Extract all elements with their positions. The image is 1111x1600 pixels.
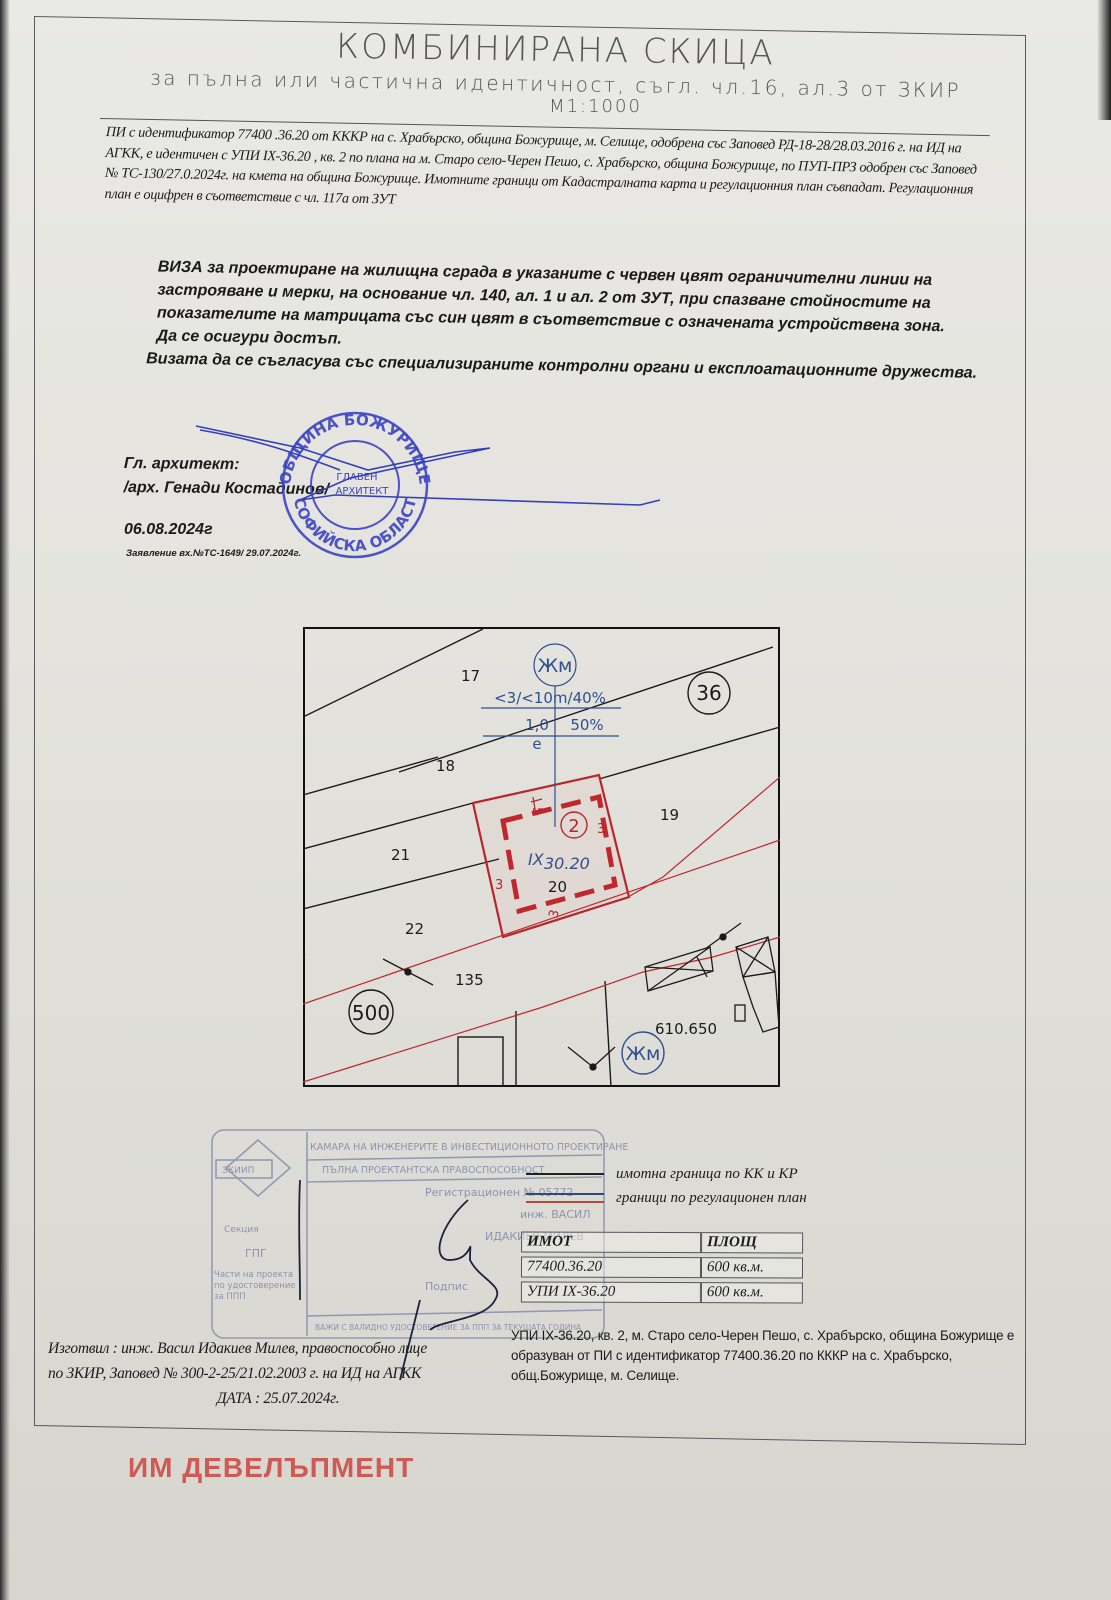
upi-formation-note: УПИ IX-36.20, кв. 2, м. Старо село-Черен…: [511, 1326, 1021, 1386]
table-header-row: ИМОТ ПЛОЩ: [521, 1232, 803, 1254]
engineer-stamp-logo: ЗКИИП: [222, 1166, 254, 1176]
header-property: ИМОТ: [521, 1232, 701, 1254]
table-row: 77400.36.20 600 кв.м.: [521, 1257, 803, 1279]
legend-item-cadastral: имотна граница по КК и КР: [608, 1162, 807, 1186]
prepared-by-block: Изготвил : инж. Васил Идакиев Милев, пра…: [48, 1336, 468, 1411]
engineer-name-1: инж. ВАСИЛ: [520, 1208, 591, 1221]
agency-watermark: ИМ ДЕВЕЛЪПМЕНТ: [128, 1452, 414, 1484]
parts-label: Части на проекта по удостоверение за ППП: [214, 1270, 304, 1303]
area-table: ИМОТ ПЛОЩ 77400.36.20 600 кв.м. УПИ IX-3…: [521, 1228, 803, 1308]
legend-item-regulation: граници по регулационен план: [608, 1186, 807, 1210]
author-date: ДАТА : 25.07.2024г.: [48, 1386, 468, 1411]
legend-swatch-black: [526, 1173, 604, 1175]
author-line-2: по ЗКИР, Заповед № 300-2-25/21.02.2003 г…: [48, 1361, 468, 1386]
section-value: ГПГ: [245, 1247, 267, 1260]
sign-label: Подпис: [425, 1280, 468, 1293]
legend-swatch-blue-red: [526, 1193, 604, 1203]
engineer-stamp-header: КАМАРА НА ИНЖЕНЕРИТЕ В ИНВЕСТИЦИОННОТО П…: [310, 1142, 628, 1153]
author-line-1: Изготвил : инж. Васил Идакиев Милев, пра…: [48, 1336, 468, 1361]
header-area: ПЛОЩ: [701, 1232, 803, 1253]
engineer-stamp-subheader: ПЪЛНА ПРОЕКТАНТСКА ПРАВОСПОСОБНОСТ: [322, 1165, 545, 1176]
map-legend: имотна граница по КК и КР граници по рег…: [608, 1162, 807, 1210]
section-label: Секция: [224, 1225, 259, 1235]
table-row: УПИ IX-36.20 600 кв.м.: [521, 1282, 803, 1304]
